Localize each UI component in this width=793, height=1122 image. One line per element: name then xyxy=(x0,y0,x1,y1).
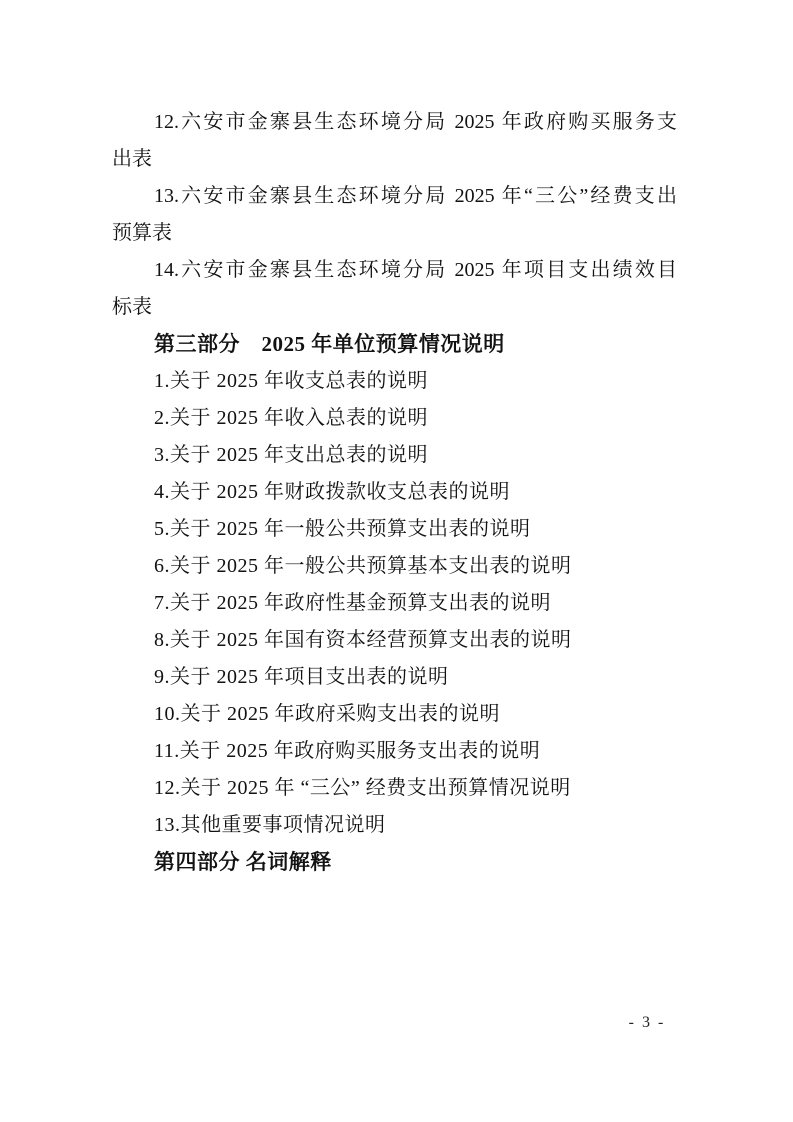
section-heading: 第四部分 名词解释 xyxy=(112,844,677,881)
toc-entry-line: 14.六安市金寨县生态环境分局 2025 年项目支出绩效目 xyxy=(112,252,677,289)
toc-entry-line: 12.六安市金寨县生态环境分局 2025 年政府购买服务支 xyxy=(112,104,677,141)
section-heading: 第三部分 2025 年单位预算情况说明 xyxy=(112,326,677,363)
toc-item: 5.关于 2025 年一般公共预算支出表的说明 xyxy=(112,511,677,548)
toc-item: 8.关于 2025 年国有资本经营预算支出表的说明 xyxy=(112,622,677,659)
toc-entry-continuation: 预算表 xyxy=(112,215,677,252)
toc-item: 1.关于 2025 年收支总表的说明 xyxy=(112,363,677,400)
toc-item: 12.关于 2025 年 “三公” 经费支出预算情况说明 xyxy=(112,770,677,807)
document-page: 12.六安市金寨县生态环境分局 2025 年政府购买服务支出表13.六安市金寨县… xyxy=(0,0,793,1122)
toc-entry-continuation: 标表 xyxy=(112,289,677,326)
toc-item: 13.其他重要事项情况说明 xyxy=(112,807,677,844)
toc-item: 11.关于 2025 年政府购买服务支出表的说明 xyxy=(112,733,677,770)
table-of-contents: 12.六安市金寨县生态环境分局 2025 年政府购买服务支出表13.六安市金寨县… xyxy=(112,104,677,881)
toc-item: 6.关于 2025 年一般公共预算基本支出表的说明 xyxy=(112,548,677,585)
toc-item: 10.关于 2025 年政府采购支出表的说明 xyxy=(112,696,677,733)
toc-item: 3.关于 2025 年支出总表的说明 xyxy=(112,437,677,474)
toc-item: 4.关于 2025 年财政拨款收支总表的说明 xyxy=(112,474,677,511)
toc-entry-line: 13.六安市金寨县生态环境分局 2025 年“三公”经费支出 xyxy=(112,178,677,215)
toc-item: 7.关于 2025 年政府性基金预算支出表的说明 xyxy=(112,585,677,622)
toc-item: 9.关于 2025 年项目支出表的说明 xyxy=(112,659,677,696)
page-number: - 3 - xyxy=(612,1014,682,1032)
toc-item: 2.关于 2025 年收入总表的说明 xyxy=(112,400,677,437)
toc-entry-continuation: 出表 xyxy=(112,141,677,178)
